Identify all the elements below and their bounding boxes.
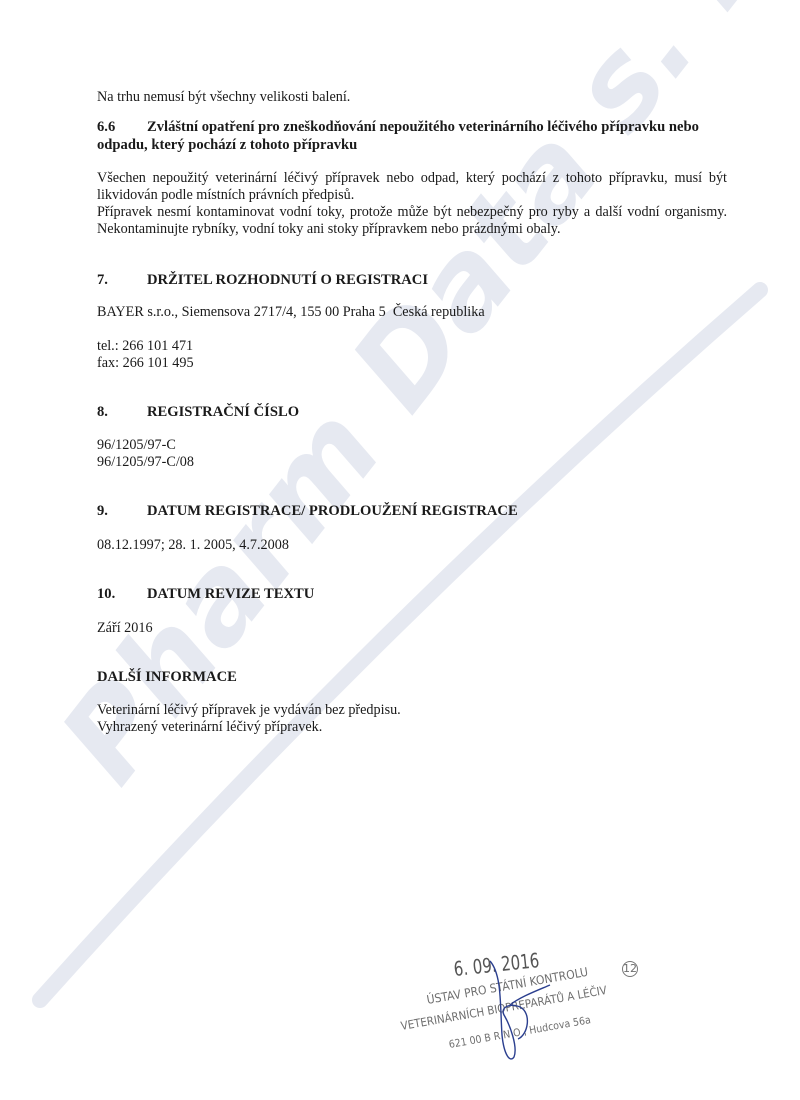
section-number: 6.6 xyxy=(97,118,147,136)
section-6-6: 6.6Zvláštní opatření pro zneškodňování n… xyxy=(97,118,727,154)
further-info-line-2: Vyhrazený veterinární léčivý přípravek. xyxy=(97,719,322,736)
revision-date: Září 2016 xyxy=(97,620,153,637)
signature xyxy=(480,955,560,1065)
section-9-heading: 9.DATUM REGISTRACE/ PRODLOUŽENÍ REGISTRA… xyxy=(97,502,518,520)
section-title-cont: odpadu, který pochází z tohoto přípravku xyxy=(97,136,727,154)
stamp-mark: 12 xyxy=(622,961,638,977)
disposal-text-2: Přípravek nesmí kontaminovat vodní toky,… xyxy=(97,204,727,238)
disposal-text-1: Všechen nepoužitý veterinární léčivý pří… xyxy=(97,170,727,204)
official-stamp: 6. 09. 2016 12 ÚSTAV PRO STÁTNÍ KONTROLU… xyxy=(400,955,670,1065)
pack-sizes-note: Na trhu nemusí být všechny velikosti bal… xyxy=(97,89,350,106)
section-8-heading: 8.REGISTRAČNÍ ČÍSLO xyxy=(97,403,299,421)
section-title: Zvláštní opatření pro zneškodňování nepo… xyxy=(147,119,699,135)
section-10-heading: 10.DATUM REVIZE TEXTU xyxy=(97,585,314,603)
holder-address: BAYER s.r.o., Siemensova 2717/4, 155 00 … xyxy=(97,304,485,321)
section-7-heading: 7.DRŽITEL ROZHODNUTÍ O REGISTRACI xyxy=(97,271,428,289)
holder-fax: fax: 266 101 495 xyxy=(97,355,194,372)
registration-number-1: 96/1205/97-C xyxy=(97,437,176,454)
further-info-line-1: Veterinární léčivý přípravek je vydáván … xyxy=(97,702,401,719)
holder-tel: tel.: 266 101 471 xyxy=(97,338,193,355)
registration-dates: 08.12.1997; 28. 1. 2005, 4.7.2008 xyxy=(97,537,289,554)
registration-number-2: 96/1205/97-C/08 xyxy=(97,454,194,471)
further-info-heading: DALŠÍ INFORMACE xyxy=(97,668,237,686)
